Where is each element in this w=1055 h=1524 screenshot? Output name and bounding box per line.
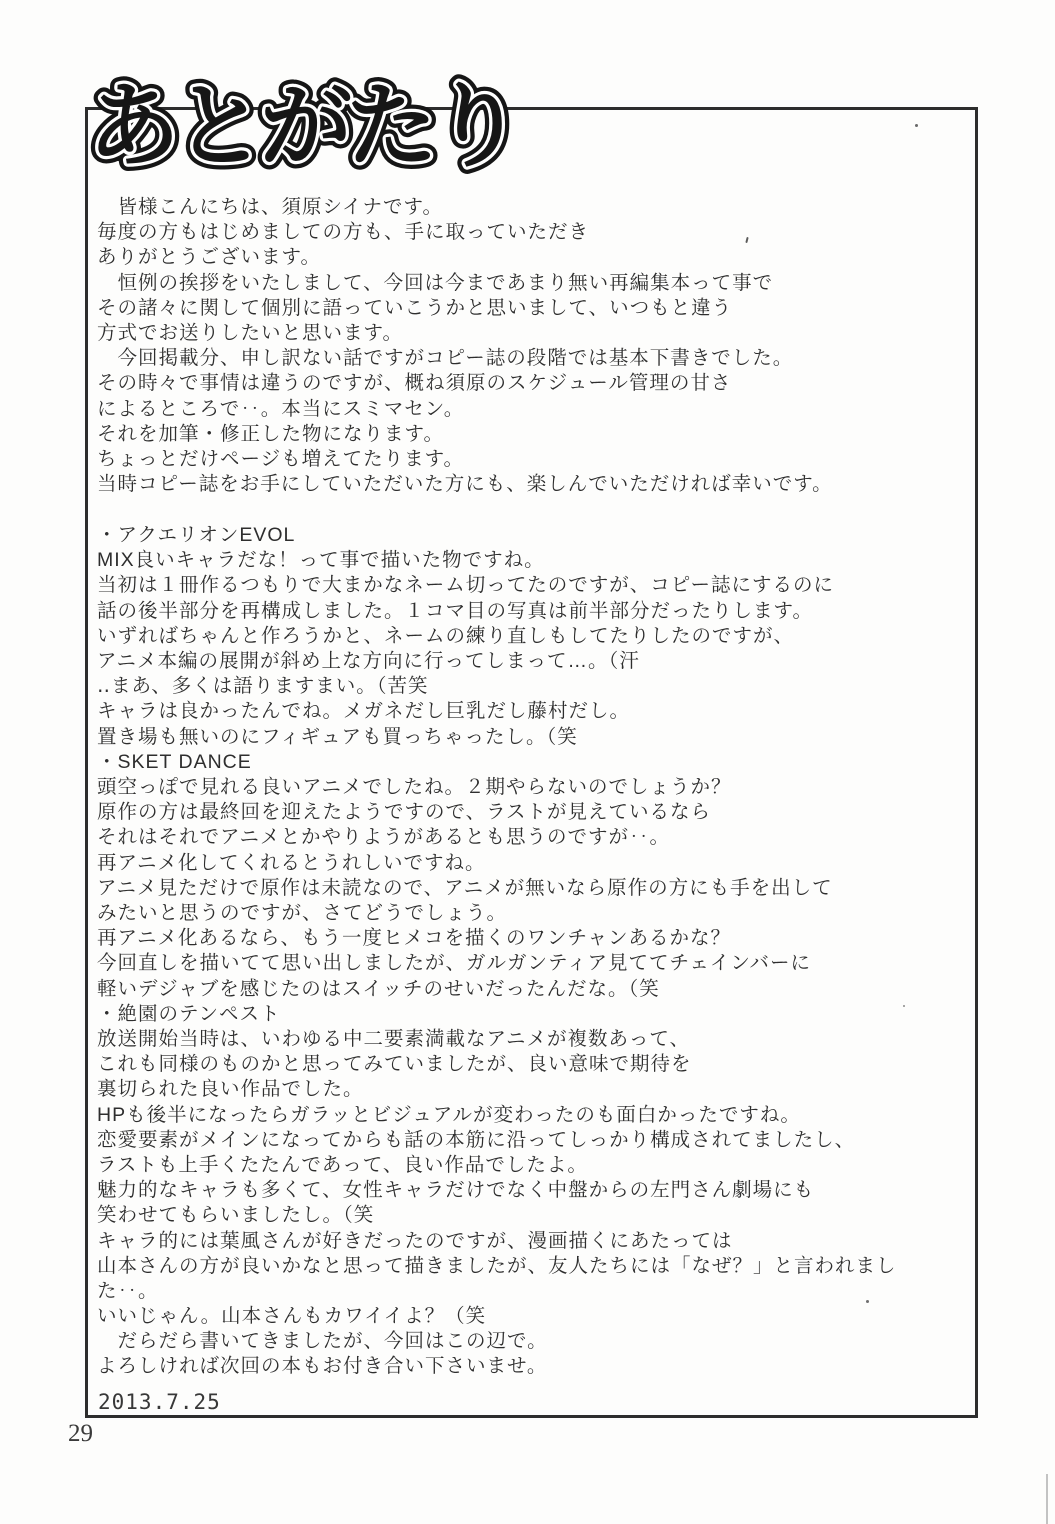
scan-speck (915, 124, 918, 127)
scan-edge-artifact (1046, 1474, 1048, 1524)
page-number: 29 (68, 1420, 93, 1448)
scan-speck (723, 386, 725, 388)
scan-speck (866, 1300, 869, 1303)
publish-date: 2013.7.25 (98, 1390, 221, 1414)
title-bubble-art: あとがたり あとがたり あとがたり (84, 48, 624, 203)
scan-speck (903, 1005, 905, 1007)
works-commentary-paragraph: ・アクエリオンEVOL MIX良いキャラだな！って事で描いた物ですね。 当初は１… (97, 523, 957, 1330)
title-fill-layer: あとがたり (88, 76, 518, 178)
greeting-paragraph: 皆様こんにちは、須原シイナです。 毎度の方もはじめましての方も、手に取っていただ… (97, 195, 957, 497)
closing-paragraph: だらだら書いてきましたが、今回はこの辺で。 よろしければ次回の本もお付き合い下さ… (97, 1329, 957, 1379)
scanned-afterword-page: あとがたり あとがたり あとがたり 皆様こんにちは、須原シイナです。 毎度の方も… (0, 0, 1055, 1524)
page-title: あとがたり あとがたり あとがたり (84, 48, 624, 203)
